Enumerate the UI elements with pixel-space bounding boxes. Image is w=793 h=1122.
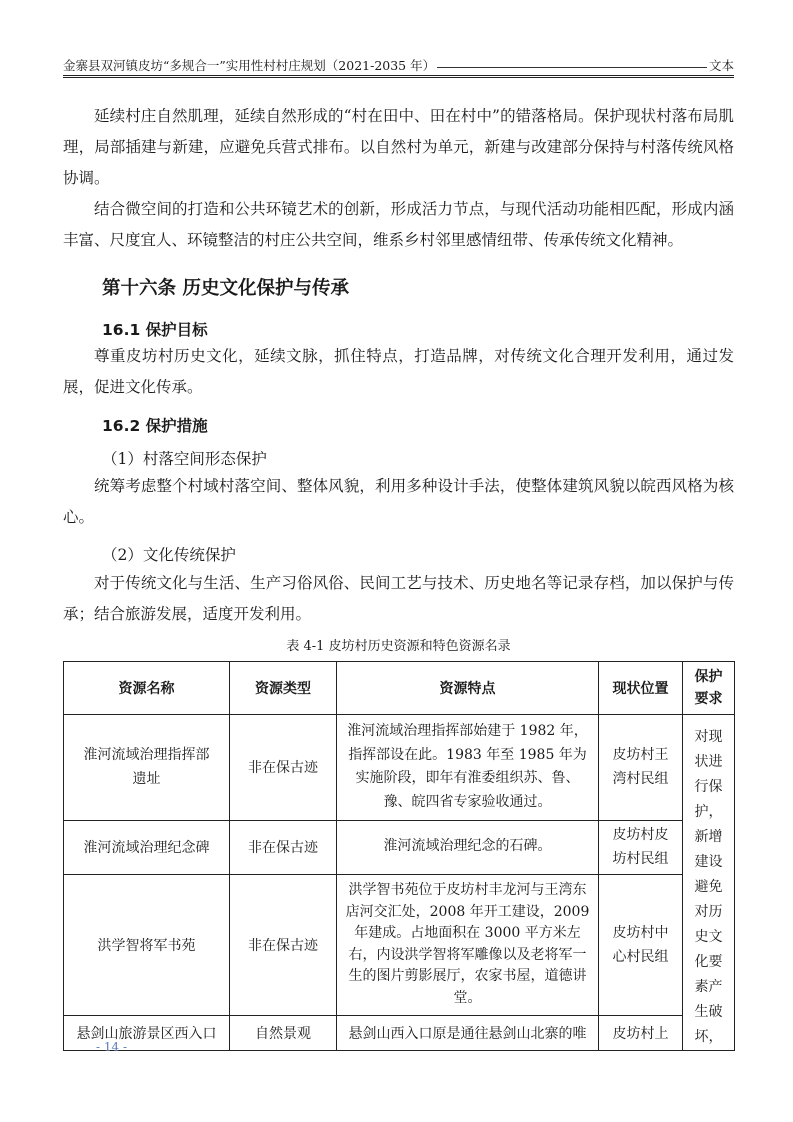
- table-caption: 表 4-1 皮坊村历史资源和特色资源名录: [63, 638, 734, 656]
- cell-location: 皮坊村上: [599, 1016, 683, 1051]
- cell-name: 洪学智将军书苑: [64, 874, 230, 1015]
- section-16-1-heading: 16.1 保护目标: [102, 318, 208, 340]
- page-number: - 14 -: [96, 1040, 127, 1054]
- cell-protection-requirement: 对现状进行保护，新增建设避免对历史文化要素产生破坏，: [683, 715, 735, 1051]
- cell-location: 皮坊村王湾村民组: [599, 715, 683, 821]
- item-2-heading: （2）文化传统保护: [102, 543, 236, 565]
- table-row: 悬剑山旅游景区西入口 自然景观 悬剑山西入口原是通往悬剑山北寨的唯 皮坊村上: [64, 1016, 735, 1051]
- table-row: 淮河流域治理指挥部遗址 非在保古迹 淮河流域治理指挥部始建于 1982 年，指挥…: [64, 715, 735, 821]
- header-double-rule: [63, 75, 734, 78]
- cell-feature: 悬剑山西入口原是通往悬剑山北寨的唯: [337, 1016, 599, 1051]
- table-header-row: 资源名称 资源类型 资源特点 现状位置 保护要求: [64, 662, 735, 715]
- header-resource-type: 资源类型: [230, 662, 337, 715]
- cell-location: 皮坊村中心村民组: [599, 874, 683, 1015]
- header-location: 现状位置: [599, 662, 683, 715]
- cell-location: 皮坊村皮坊村民组: [599, 820, 683, 874]
- header-resource-name: 资源名称: [64, 662, 230, 715]
- paragraph-village-texture: 延续村庄自然肌理，延续自然形成的“村在田中、田在村中”的错落格局。保护现状村落布…: [63, 101, 734, 194]
- item-1-heading: （1）村落空间形态保护: [102, 447, 267, 469]
- section-16-1-text: 尊重皮坊村历史文化，延续文脉，抓住特点，打造品牌，对传统文化合理开发利用，通过发…: [63, 341, 734, 403]
- cell-type: 自然景观: [230, 1016, 337, 1051]
- resource-table: 资源名称 资源类型 资源特点 现状位置 保护要求 淮河流域治理指挥部遗址 非在保…: [63, 661, 735, 1051]
- section-16-2-heading: 16.2 保护措施: [102, 414, 208, 436]
- article-heading: 第十六条 历史文化保护与传承: [102, 274, 349, 300]
- paragraph-public-space: 结合微空间的打造和公共环镜艺术的创新，形成活力节点，与现代活动功能相匹配，形成内…: [63, 194, 734, 256]
- running-header: 金寨县双河镇皮坊“多规合一”实用性村村庄规划（2021-2035 年） 文本: [63, 58, 734, 74]
- table-row: 淮河流域治理纪念碑 非在保古迹 淮河流域治理纪念的石碑。 皮坊村皮坊村民组: [64, 820, 735, 874]
- header-resource-feature: 资源特点: [337, 662, 599, 715]
- header-dash-leader: [437, 67, 707, 68]
- cell-feature: 洪学智书苑位于皮坊村丰龙河与王湾东店河交汇处，2008 年开工建设，2009 年…: [337, 874, 599, 1015]
- header-tag: 文本: [709, 58, 734, 74]
- cell-name: 淮河流域治理纪念碑: [64, 820, 230, 874]
- cell-type: 非在保古迹: [230, 820, 337, 874]
- item-1-text: 统筹考虑整个村域村落空间、整体风貌，利用多种设计手法，使整体建筑风貌以皖西风格为…: [63, 471, 734, 533]
- cell-feature: 淮河流域治理指挥部始建于 1982 年，指挥部设在此。1983 年至 1985 …: [337, 715, 599, 821]
- header-title: 金寨县双河镇皮坊“多规合一”实用性村村庄规划（2021-2035 年）: [63, 58, 435, 74]
- cell-name: 淮河流域治理指挥部遗址: [64, 715, 230, 821]
- table-row: 洪学智将军书苑 非在保古迹 洪学智书苑位于皮坊村丰龙河与王湾东店河交汇处，200…: [64, 874, 735, 1015]
- cell-type: 非在保古迹: [230, 715, 337, 821]
- cell-feature: 淮河流域治理纪念的石碑。: [337, 820, 599, 874]
- header-protection-requirement: 保护要求: [683, 662, 735, 715]
- cell-name: 悬剑山旅游景区西入口: [64, 1016, 230, 1051]
- cell-type: 非在保古迹: [230, 874, 337, 1015]
- item-2-text: 对于传统文化与生活、生产习俗风俗、民间工艺与技术、历史地名等记录存档，加以保护与…: [63, 568, 734, 630]
